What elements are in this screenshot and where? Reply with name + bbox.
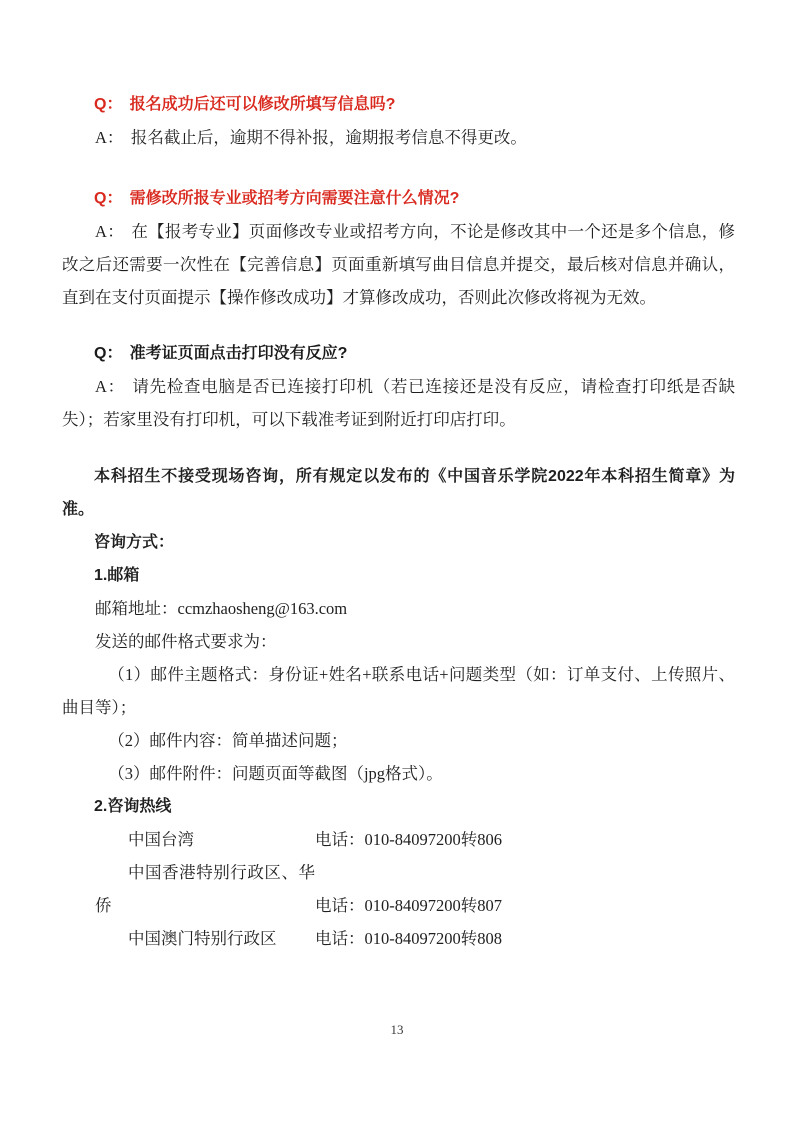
email-section-title: 1.邮箱 xyxy=(62,559,735,592)
faq-item-2: Q：需修改所报专业或招考方向需要注意什么情况? A：在【报考专业】页面修改专业或… xyxy=(62,182,735,314)
email-address-value: ccmzhaosheng@163.com xyxy=(178,599,348,618)
notice-line: 本科招生不接受现场咨询，所有规定以发布的《中国音乐学院2022年本科招生简章》为… xyxy=(62,460,735,526)
page-number: 13 xyxy=(0,1022,794,1038)
answer-prefix: A： xyxy=(95,222,124,241)
question-prefix: Q： xyxy=(94,190,122,207)
answer-text: 请先检查电脑是否已连接打印机（若已连接还是没有反应，请检查打印纸是否缺失）；若家… xyxy=(62,377,735,429)
answer-prefix: A： xyxy=(95,128,123,147)
faq-answer-2: A：在【报考专业】页面修改专业或招考方向，不论是修改其中一个还是多个信息，修改之… xyxy=(62,215,735,314)
hotline-phone-label: 电话： xyxy=(315,929,365,948)
email-address-label: 邮箱地址： xyxy=(95,599,178,618)
hotline-row-taiwan: 中国台湾电话：010-84097200转806 xyxy=(62,823,735,856)
email-address-line: 邮箱地址：ccmzhaosheng@163.com xyxy=(62,592,735,625)
faq-item-1: Q：报名成功后还可以修改所填写信息吗? A：报名截止后，逾期不得补报，逾期报考信… xyxy=(62,88,735,154)
email-format-intro: 发送的邮件格式要求为： xyxy=(62,625,735,658)
hotline-phone-number: 010-84097200转806 xyxy=(365,830,503,849)
faq-item-3: Q：准考证页面点击打印没有反应? A：请先检查电脑是否已连接打印机（若已连接还是… xyxy=(62,337,735,436)
email-format-item-2: （2）邮件内容：简单描述问题； xyxy=(62,724,735,757)
question-prefix: Q： xyxy=(94,345,122,362)
answer-prefix: A： xyxy=(95,377,125,396)
hotline-row-hongkong: 中国香港特别行政区、华侨电话：010-84097200转807 xyxy=(62,856,735,922)
hotline-phone-number: 010-84097200转807 xyxy=(365,896,503,915)
hotline-region: 中国香港特别行政区、华侨 xyxy=(95,856,315,922)
question-text: 需修改所报专业或招考方向需要注意什么情况? xyxy=(130,190,460,207)
question-text: 报名成功后还可以修改所填写信息吗? xyxy=(130,96,396,113)
hotline-phone-label: 电话： xyxy=(315,830,365,849)
email-format-item-1: （1）邮件主题格式：身份证+姓名+联系电话+问题类型（如：订单支付、上传照片、曲… xyxy=(62,658,735,724)
hotline-phone-label: 电话： xyxy=(315,896,365,915)
question-text: 准考证页面点击打印没有反应? xyxy=(130,345,348,362)
document-page: Q：报名成功后还可以修改所填写信息吗? A：报名截止后，逾期不得补报，逾期报考信… xyxy=(0,0,794,1123)
question-prefix: Q： xyxy=(94,96,122,113)
answer-text: 报名截止后，逾期不得补报，逾期报考信息不得更改。 xyxy=(131,128,527,147)
hotline-row-macau: 中国澳门特别行政区电话：010-84097200转808 xyxy=(62,922,735,955)
faq-question-2: Q：需修改所报专业或招考方向需要注意什么情况? xyxy=(62,182,735,215)
hotline-region: 中国台湾 xyxy=(95,823,315,856)
faq-question-3: Q：准考证页面点击打印没有反应? xyxy=(62,337,735,370)
document-content: Q：报名成功后还可以修改所填写信息吗? A：报名截止后，逾期不得补报，逾期报考信… xyxy=(62,88,735,955)
email-format-item-3: （3）邮件附件：问题页面等截图（jpg格式）。 xyxy=(62,757,735,790)
hotline-phone-number: 010-84097200转808 xyxy=(365,929,503,948)
hotline-region: 中国澳门特别行政区 xyxy=(95,922,315,955)
contact-info-section: 本科招生不接受现场咨询，所有规定以发布的《中国音乐学院2022年本科招生简章》为… xyxy=(62,460,735,955)
answer-text: 在【报考专业】页面修改专业或招考方向，不论是修改其中一个还是多个信息，修改之后还… xyxy=(62,222,735,307)
contact-heading: 咨询方式： xyxy=(62,526,735,559)
faq-question-1: Q：报名成功后还可以修改所填写信息吗? xyxy=(62,88,735,121)
faq-answer-3: A：请先检查电脑是否已连接打印机（若已连接还是没有反应，请检查打印纸是否缺失）；… xyxy=(62,370,735,436)
faq-answer-1: A：报名截止后，逾期不得补报，逾期报考信息不得更改。 xyxy=(62,121,735,154)
hotline-section-title: 2.咨询热线 xyxy=(62,790,735,823)
